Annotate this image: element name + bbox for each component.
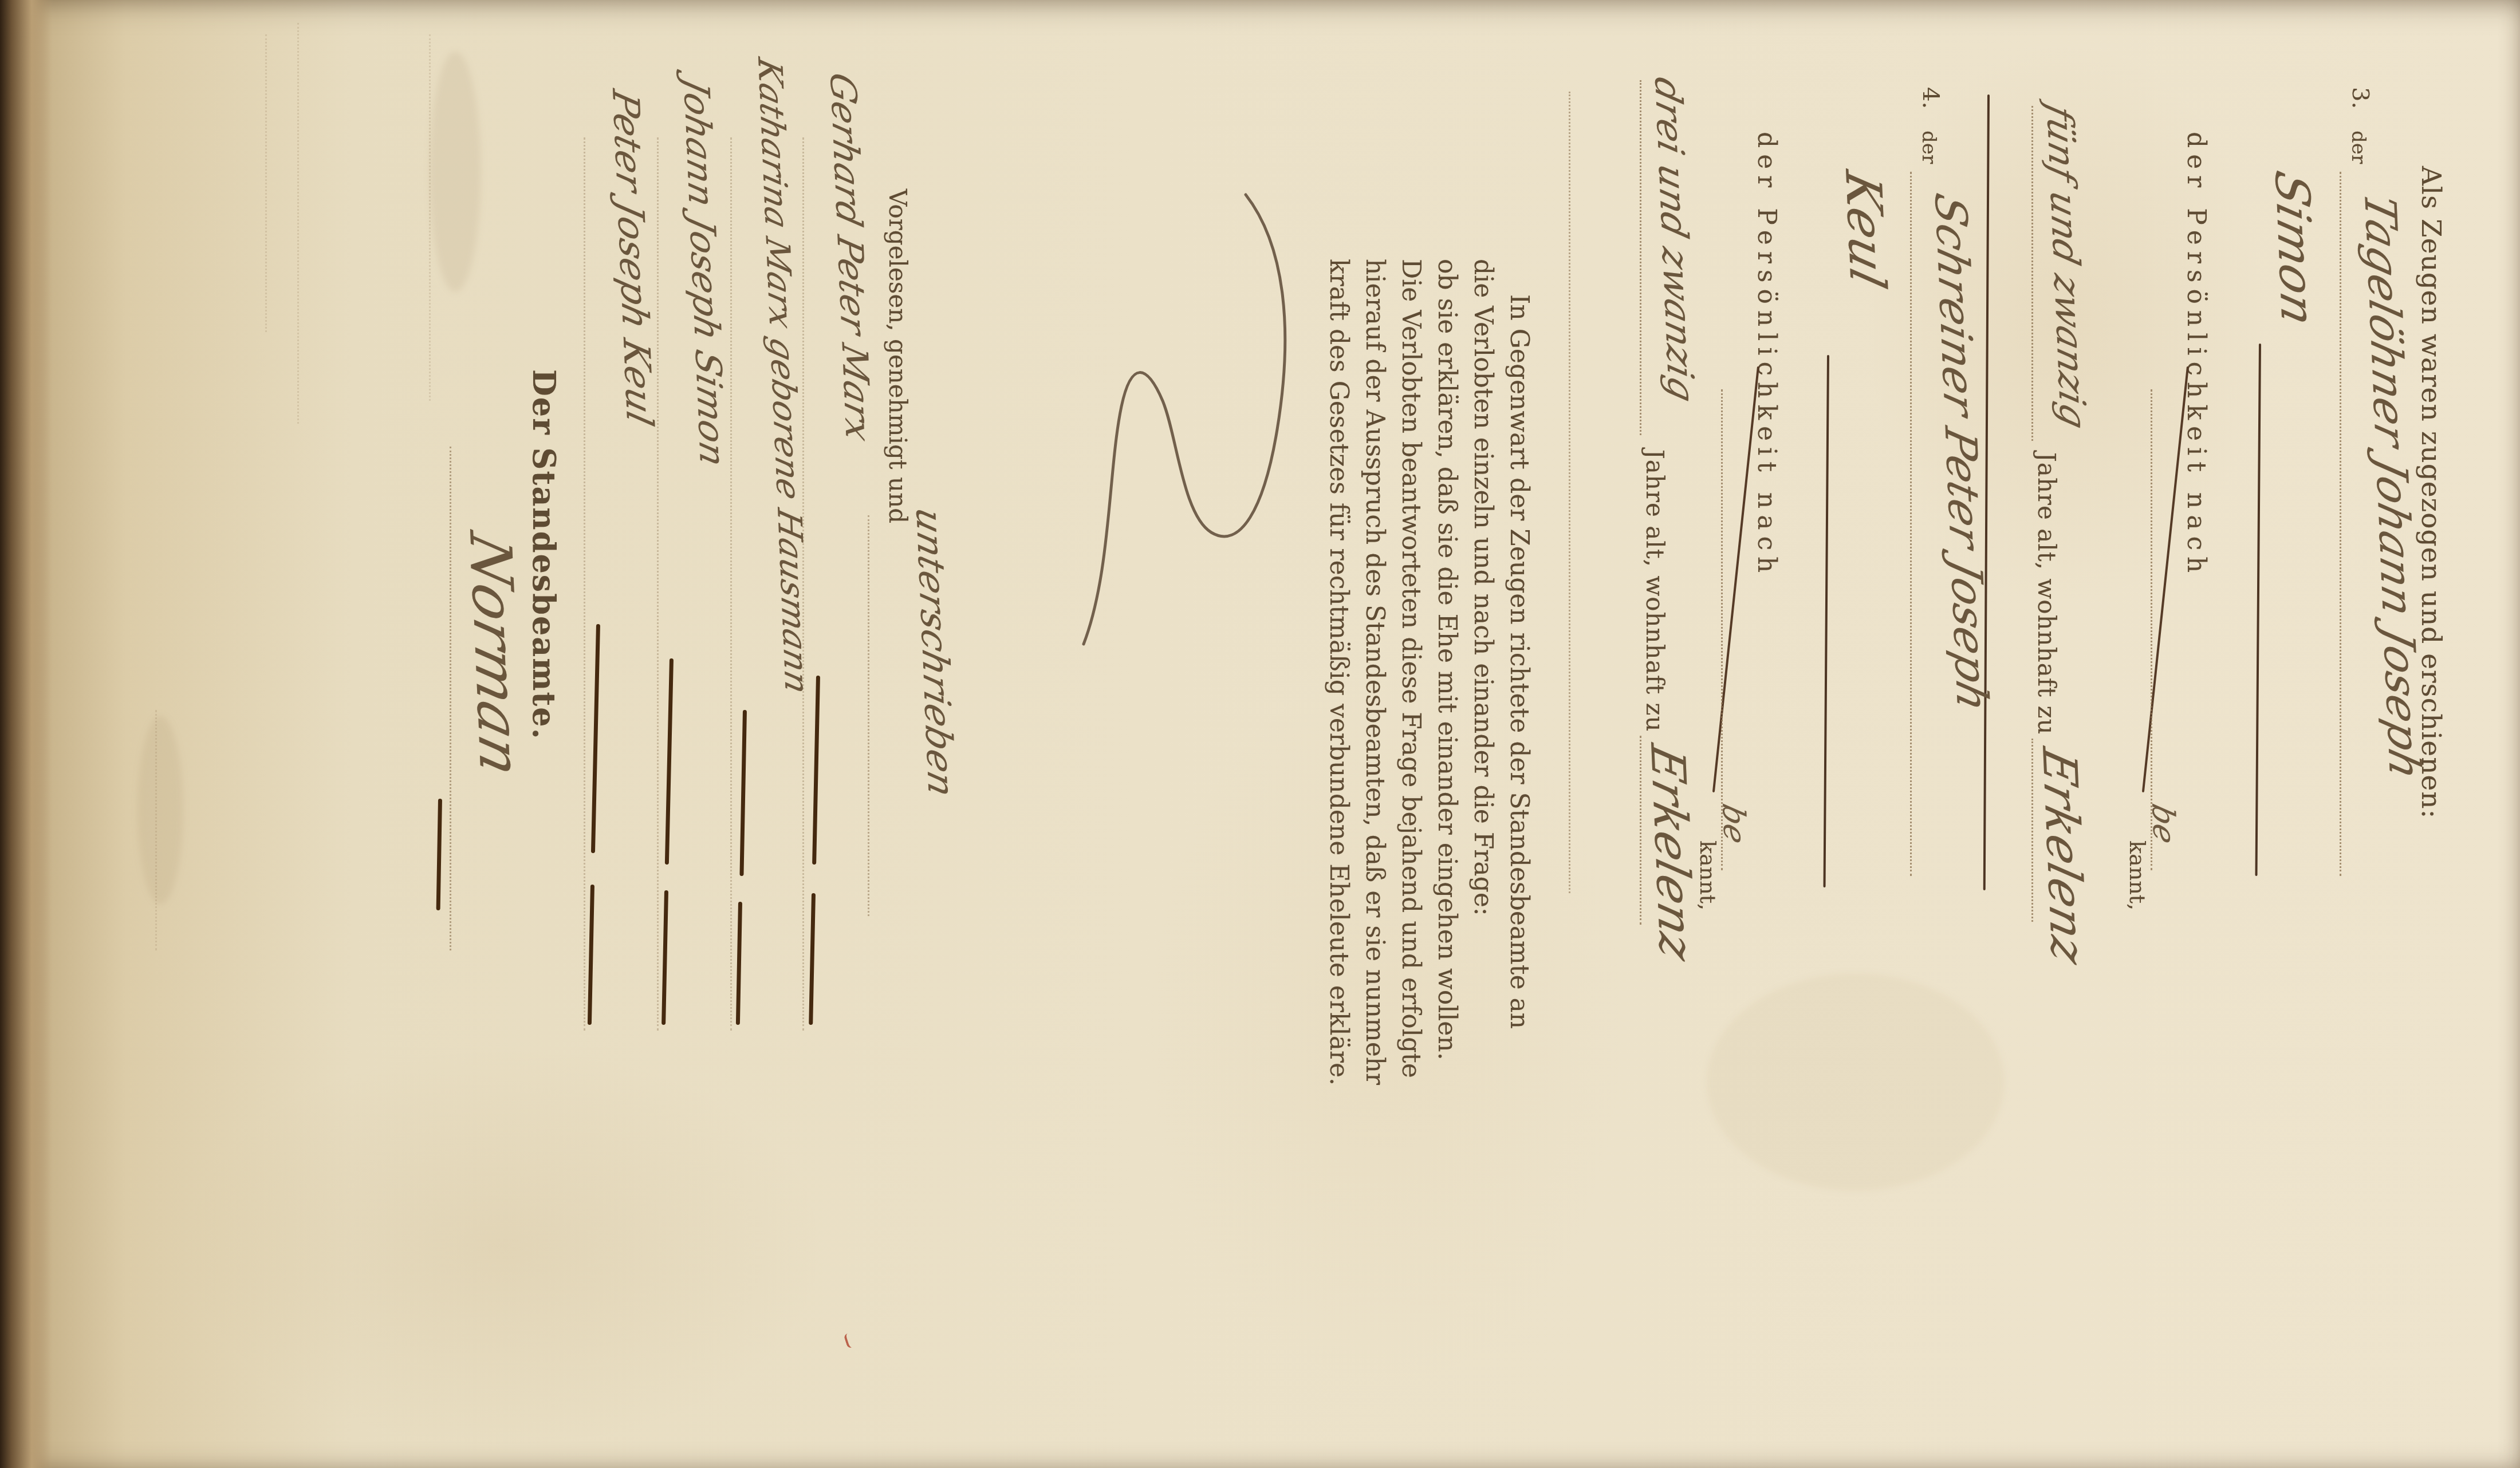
signature-witness4-stroke2 [588, 885, 594, 1025]
closing-printed-label: Vorgelesen, genehmigt und [884, 189, 912, 523]
witness4-article: der [1917, 131, 1940, 164]
bleedthrough-line [429, 34, 431, 401]
witness4-age-handwriting: drei und zwanzig [1646, 73, 1702, 406]
registrar-signature: Norman [456, 527, 534, 783]
photo-stage: Als Zeugen waren zugezogen und erschiene… [0, 0, 2520, 1468]
signature-witness3-stroke [665, 658, 674, 865]
declaration-line: hierauf der Ausspruch des Standesbeamten… [1357, 259, 1393, 1086]
signature-bride-stroke [739, 710, 747, 876]
signature-row-ruled-line [730, 137, 732, 1031]
declaration-line: In Gegenwart der Zeugen richtete der Sta… [1501, 259, 1537, 1086]
witness3-identity-label: der Persönlichkeit nach [2182, 132, 2211, 579]
witness4-surname-handwriting: Keul [1834, 166, 1896, 293]
declaration-line: ob sie erklären, daß sie die Ehe mit ein… [1429, 259, 1465, 1086]
register-page: Als Zeugen waren zugezogen und erschiene… [0, 0, 2520, 1468]
bleedthrough-smudge [137, 716, 183, 905]
witness3-residence-handwriting: Erkelenz [2031, 743, 2095, 969]
declaration-paragraph: In Gegenwart der Zeugen richtete der Sta… [1321, 259, 1537, 1086]
witness3-age-ruled-line [2031, 106, 2033, 441]
signature-witness3: Johann Joseph Simon [675, 74, 734, 471]
signature-witness4: Peter Joseph Keul [604, 86, 660, 429]
witness3-article: der [2347, 131, 2370, 164]
registrar-title: Der Standesbeamte. [526, 369, 562, 740]
closing-handwriting: unterschrieben [907, 504, 962, 801]
witness4-name-ruled-line [1910, 172, 1912, 876]
witness4-identity-strike [1712, 366, 1759, 792]
witness3-surname-handwriting: Simon [2264, 166, 2325, 331]
paper-stain [1707, 973, 2005, 1191]
witness4-filler-stroke [1824, 355, 1829, 887]
bleedthrough-line [265, 34, 267, 332]
signature-bride-stroke2 [736, 902, 742, 1025]
signature-witness3-stroke2 [661, 890, 668, 1025]
signature-groom-stroke [812, 676, 820, 865]
witness3-number: 3. [2347, 87, 2373, 109]
witness3-age-handwriting: fünf und zwanzig [2038, 100, 2094, 433]
signature-witness4-stroke [591, 624, 600, 853]
witness3-age-label: Jahre alt, wohnhaft zu [2033, 452, 2061, 735]
registrar-ruled-line [450, 447, 451, 950]
witness3-filler-stroke [2255, 344, 2261, 876]
closing-flourish [1060, 160, 1300, 676]
witness3-bekannt-printed: kannt, [2125, 840, 2150, 910]
bleedthrough-smudge [430, 52, 481, 292]
witness3-name-ruled-line [2340, 172, 2341, 876]
signature-groom: Gerhard Peter Marx [822, 69, 880, 445]
declaration-line: die Verlobten einzeln und nach einander … [1465, 259, 1501, 1086]
witness4-identity-label: der Persönlichkeit nach [1752, 132, 1781, 579]
declaration-line: kraft des Gesetzes für rechtmäßig verbun… [1321, 259, 1357, 1086]
declaration-line: Die Verlobten beantworteten diese Frage … [1393, 259, 1429, 1086]
witness4-identity-ruled-line [1721, 389, 1723, 870]
signature-row-ruled-line [584, 137, 585, 1031]
bleedthrough-line [297, 23, 299, 424]
signature-row-ruled-line [657, 137, 659, 1031]
red-ink-mark [843, 1332, 856, 1349]
closing-ruled-line [868, 515, 869, 916]
signature-bride: Katharina Marx geborene Hausmann [750, 54, 817, 698]
witness4-age-label: Jahre alt, wohnhaft zu [1641, 449, 1669, 732]
witness3-identity-ruled-line [2151, 389, 2152, 870]
witness4-residence-handwriting: Erkelenz [1640, 740, 1703, 966]
witness4-number: 4. [1917, 87, 1944, 109]
witness3-identity-strike [2142, 366, 2189, 792]
witness4-overflow-ruled-line [1569, 92, 1570, 893]
book-gutter-edge [0, 0, 53, 1468]
signature-groom-stroke2 [809, 893, 816, 1025]
registrar-stroke [436, 799, 442, 910]
witness4-age-ruled-line [1640, 80, 1641, 435]
